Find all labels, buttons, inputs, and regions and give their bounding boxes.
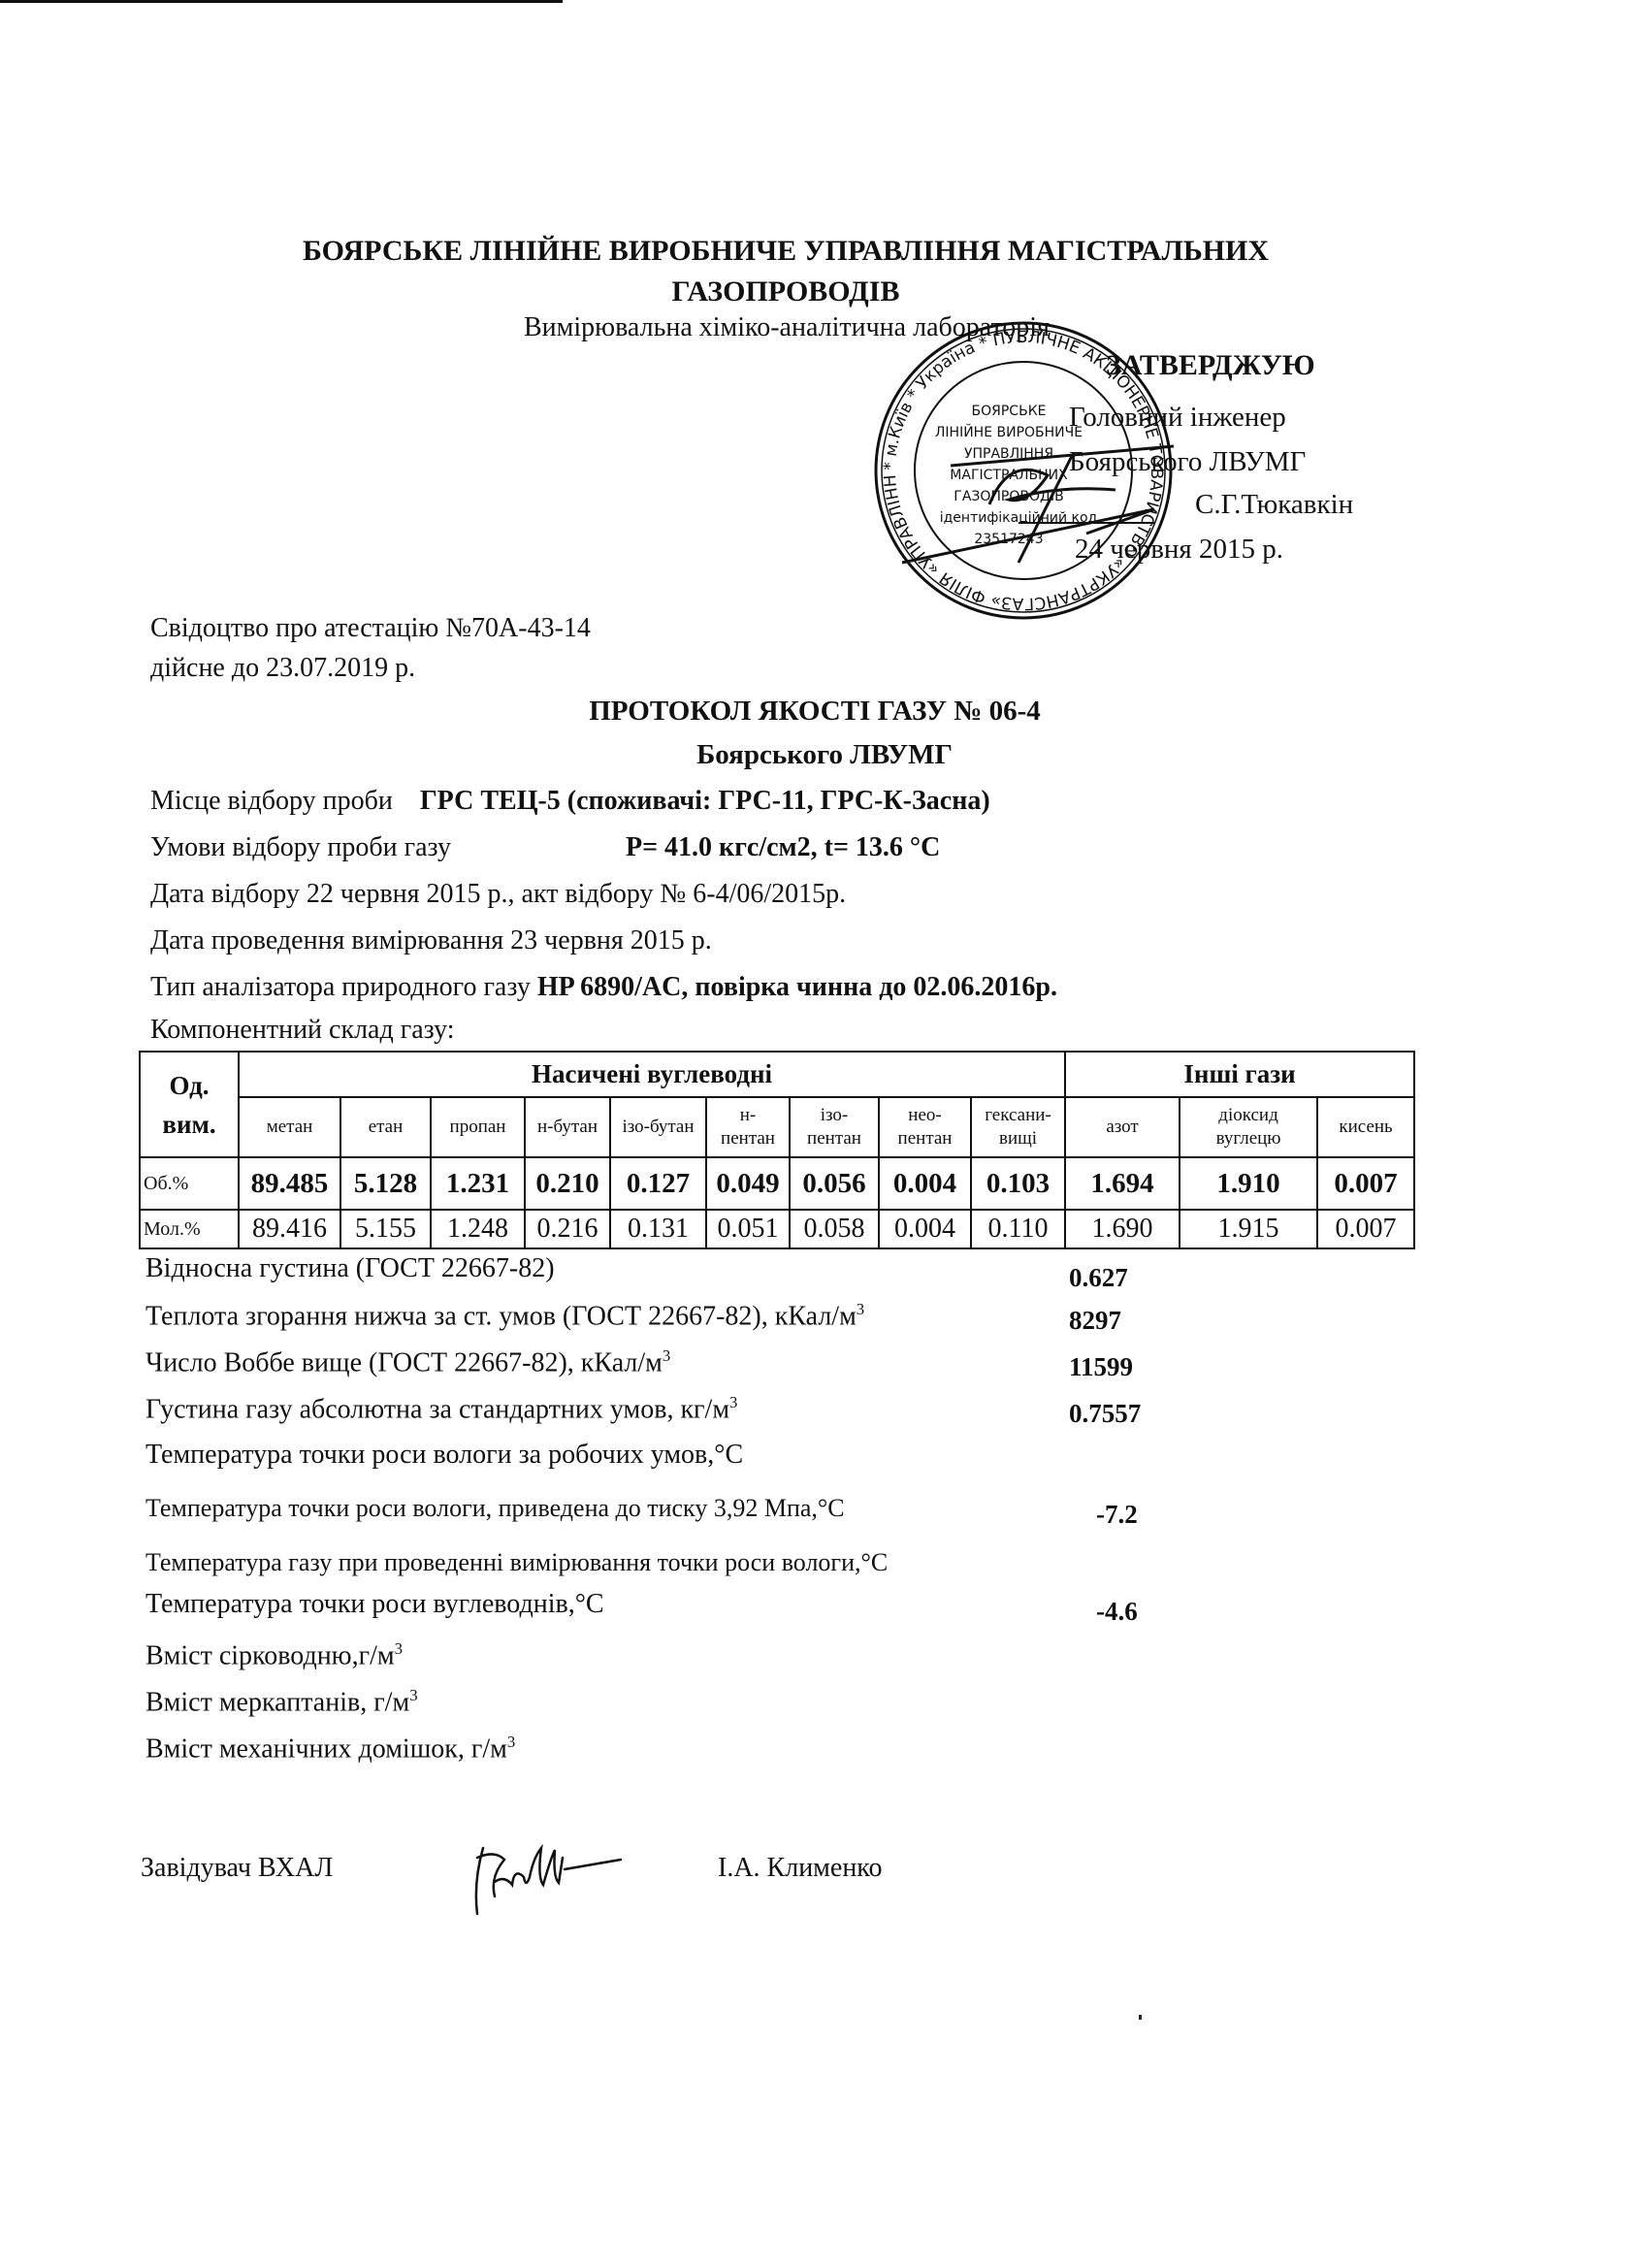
- cell-value: 0.216: [525, 1210, 610, 1248]
- cell-value: 0.051: [706, 1210, 790, 1248]
- col-carbon-dioxide: діоксидвуглецю: [1180, 1097, 1317, 1157]
- protocol-title: ПРОТОКОЛ ЯКОСТІ ГАЗУ № 06-4: [0, 696, 1639, 728]
- cell-value: 0.103: [971, 1157, 1065, 1210]
- property-dew-point-working: Температура точки роси вологи за робочих…: [145, 1440, 743, 1471]
- composition-label: Компонентний склад газу:: [150, 1015, 455, 1046]
- cell-value: 1.910: [1180, 1157, 1317, 1210]
- approver-unit: Боярського ЛВУМГ: [1069, 446, 1306, 478]
- property-relative-density: Відносна густина (ГОСТ 22667-82): [145, 1253, 555, 1284]
- sampling-place-label: Місце відбору проби: [150, 786, 393, 816]
- cell-value: 0.004: [879, 1210, 971, 1248]
- property-value: 0.627: [1069, 1263, 1128, 1293]
- property-mercaptans: Вміст меркаптанів, г/м3: [145, 1686, 418, 1718]
- property-value: 8297: [1069, 1306, 1121, 1336]
- signature-icon: [466, 1838, 650, 1926]
- cell-value: 0.058: [790, 1210, 879, 1248]
- sampling-date: Дата відбору 22 червня 2015 р., акт відб…: [150, 879, 846, 910]
- cell-value: 0.056: [790, 1157, 879, 1210]
- cell-value: 0.210: [525, 1157, 610, 1210]
- approver-signature-line: [1018, 522, 1154, 524]
- gas-composition-table: Од.вим. Насичені вуглеводні Інші гази ме…: [139, 1051, 1415, 1249]
- cell-value: 89.416: [239, 1210, 340, 1248]
- approver-name: С.Г.Тюкавкін: [1195, 489, 1353, 521]
- svg-text:ЛІНІЙНЕ ВИРОБНИЧЕ: ЛІНІЙНЕ ВИРОБНИЧЕ: [935, 423, 1083, 440]
- property-value: -7.2: [1096, 1500, 1138, 1530]
- col-iso-butane: ізо-бутан: [610, 1097, 706, 1157]
- protocol-subtitle: Боярського ЛВУМГ: [0, 739, 1649, 771]
- property-value: -4.6: [1096, 1597, 1138, 1627]
- row-unit: Об.%: [140, 1157, 239, 1210]
- property-hydrogen-sulfide: Вміст сірководню,г/м3: [145, 1639, 403, 1671]
- sampling-conditions: Умови відбору проби газу: [150, 832, 451, 863]
- scan-edge-line: [0, 0, 563, 3]
- org-title-line1: БОЯРСЬКЕ ЛІНІЙНЕ ВИРОБНИЧЕ УПРАВЛІННЯ МА…: [0, 235, 1571, 268]
- unit-header: Од.вим.: [140, 1052, 239, 1157]
- cell-value: 89.485: [239, 1157, 340, 1210]
- group-saturated-hydrocarbons: Насичені вуглеводні: [239, 1052, 1065, 1097]
- cell-value: 0.007: [1317, 1157, 1414, 1210]
- col-oxygen: кисень: [1317, 1097, 1414, 1157]
- property-value: 0.7557: [1069, 1399, 1141, 1429]
- col-n-pentane: н-пентан: [706, 1097, 790, 1157]
- cell-value: 1.231: [431, 1157, 525, 1210]
- cell-value: 0.131: [610, 1210, 706, 1248]
- sampling-place: Місце відбору проби ГРС ТЕЦ-5 (споживачі…: [150, 786, 990, 817]
- property-absolute-density: Густина газу абсолютна за стандартних ум…: [145, 1393, 737, 1425]
- property-lower-heating-value: Теплота згорання нижча за ст. умов (ГОСТ…: [145, 1300, 864, 1332]
- signer-position: Завідувач ВХАЛ: [141, 1853, 333, 1884]
- property-dew-point-reduced: Температура точки роси вологи, приведена…: [145, 1494, 845, 1523]
- signer-name: І.А. Клименко: [718, 1853, 883, 1884]
- approver-position: Головний інженер: [1069, 402, 1286, 434]
- svg-text:БОЯРСЬКЕ: БОЯРСЬКЕ: [972, 404, 1047, 419]
- cell-value: 0.110: [971, 1210, 1065, 1248]
- sampling-place-value: ГРС ТЕЦ-5 (споживачі: ГРС-11, ГРС-К-Засн…: [420, 786, 990, 816]
- property-hydrocarbon-dew-point: Температура точки роси вуглеводнів,°С: [145, 1589, 604, 1620]
- property-mechanical-impurities: Вміст механічних домішок, г/м3: [145, 1733, 515, 1765]
- cell-value: 5.155: [340, 1210, 431, 1248]
- property-wobbe-index: Число Воббе вище (ГОСТ 22667-82), кКал/м…: [145, 1346, 670, 1378]
- row-unit: Мол.%: [140, 1210, 239, 1248]
- scan-speck: [1139, 2015, 1142, 2020]
- property-gas-temperature: Температура газу при проведенні вимірюва…: [145, 1548, 888, 1577]
- group-other-gases: Інші гази: [1065, 1052, 1414, 1097]
- col-n-butane: н-бутан: [525, 1097, 610, 1157]
- cell-value: 5.128: [340, 1157, 431, 1210]
- cell-value: 0.127: [610, 1157, 706, 1210]
- certificate-validity: дійсне до 23.07.2019 р.: [150, 653, 415, 684]
- col-iso-pentane: ізо-пентан: [790, 1097, 879, 1157]
- table-row-mole-percent: Мол.% 89.416 5.155 1.248 0.216 0.131 0.0…: [140, 1210, 1414, 1248]
- cell-value: 1.915: [1180, 1210, 1317, 1248]
- col-neo-pentane: нео-пентан: [879, 1097, 971, 1157]
- approval-title: ЗАТВЕРДЖУЮ: [1106, 349, 1315, 382]
- org-title-line2: ГАЗОПРОВОДІВ: [0, 275, 1571, 308]
- measurement-date: Дата проведення вимірювання 23 червня 20…: [150, 925, 712, 956]
- col-methane: метан: [239, 1097, 340, 1157]
- cell-value: 0.007: [1317, 1210, 1414, 1248]
- property-value: 11599: [1069, 1352, 1133, 1382]
- cell-value: 0.049: [706, 1157, 790, 1210]
- analyzer-info: Тип аналізатора природного газу HP 6890/…: [150, 972, 1057, 1003]
- cell-value: 0.004: [879, 1157, 971, 1210]
- component-header-row: метан етан пропан н-бутан ізо-бутан н-пе…: [140, 1097, 1414, 1157]
- table-row-volume-percent: Об.% 89.485 5.128 1.231 0.210 0.127 0.04…: [140, 1157, 1414, 1210]
- analyzer-label: Тип аналізатора природного газу: [150, 972, 537, 1002]
- cell-value: 1.690: [1065, 1210, 1180, 1248]
- sampling-conditions-value: P= 41.0 кгс/см2, t= 13.6 °C: [626, 832, 940, 863]
- certificate-number: Свідоцтво про атестацію №70А-43-14: [150, 613, 591, 644]
- approval-date: 24 червня 2015 р.: [1075, 534, 1283, 566]
- cell-value: 1.248: [431, 1210, 525, 1248]
- sampling-conditions-label: Умови відбору проби газу: [150, 832, 451, 862]
- col-nitrogen: азот: [1065, 1097, 1180, 1157]
- col-propane: пропан: [431, 1097, 525, 1157]
- col-hexanes-plus: гексани-вищі: [971, 1097, 1065, 1157]
- col-ethane: етан: [340, 1097, 431, 1157]
- cell-value: 1.694: [1065, 1157, 1180, 1210]
- analyzer-value: HP 6890/AC, повірка чинна до 02.06.2016р…: [537, 972, 1057, 1002]
